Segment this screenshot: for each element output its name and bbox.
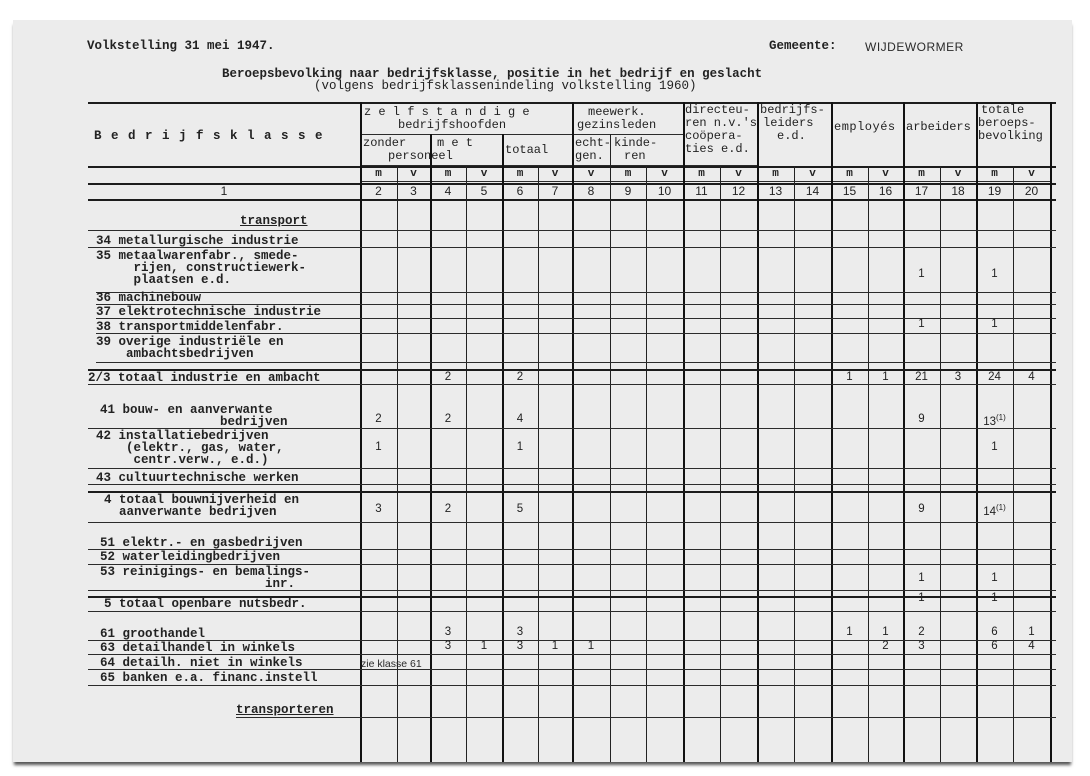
cell-value-col-20: 1 bbox=[1013, 626, 1050, 638]
header-totale-3: bevolking bbox=[978, 130, 1043, 143]
cell-value-col-20: 4 bbox=[1013, 371, 1050, 383]
column-number-14: 14 bbox=[794, 184, 831, 198]
cell-number: 3 bbox=[955, 371, 961, 383]
cell-value-col-8: 1 bbox=[572, 640, 610, 652]
sex-code-col-17: m bbox=[903, 168, 940, 180]
column-number-17: 17 bbox=[903, 184, 940, 198]
sex-code-col-14: v bbox=[794, 168, 831, 180]
table-title-line2: (volgens bedrijfsklassenindeling volkste… bbox=[314, 80, 697, 93]
sex-code-col-3: v bbox=[397, 168, 430, 180]
cell-number: 3 bbox=[517, 626, 523, 638]
cell-value-col-19: 1 bbox=[976, 592, 1013, 604]
row-label: 38 transportmiddelenfabr. bbox=[96, 321, 284, 333]
grid-line bbox=[831, 102, 833, 762]
cell-number: 1 bbox=[991, 572, 997, 584]
cell-value-col-16: 1 bbox=[868, 371, 903, 383]
cell-value-col-4: 2 bbox=[430, 413, 466, 425]
cell-value-col-4: 2 bbox=[430, 371, 466, 383]
cell-number: 1 bbox=[1028, 626, 1034, 638]
row-label: 39 overige industriële en ambachtsbedrij… bbox=[96, 336, 284, 360]
column-number-13: 13 bbox=[757, 184, 794, 198]
cell-number: 6 bbox=[991, 640, 997, 652]
cell-value-col-17: 1 bbox=[903, 268, 940, 280]
cell-number: 1 bbox=[918, 318, 924, 330]
grid-line bbox=[683, 102, 685, 762]
grid-line bbox=[397, 166, 398, 762]
column-number-10: 10 bbox=[646, 184, 683, 198]
cell-value-col-6: 3 bbox=[502, 640, 538, 652]
cell-number: 1 bbox=[882, 626, 888, 638]
cell-number: 13 bbox=[983, 416, 996, 428]
grid-line bbox=[96, 362, 1056, 363]
cell-number: 4 bbox=[1028, 640, 1034, 652]
cell-number: 24 bbox=[988, 371, 1001, 383]
cell-value-col-17: 21 bbox=[903, 371, 940, 383]
grid-line bbox=[88, 685, 1056, 686]
cell-number: 1 bbox=[991, 441, 997, 453]
grid-line bbox=[940, 166, 941, 762]
column-number-3: 3 bbox=[397, 184, 430, 198]
cell-number: 1 bbox=[846, 371, 852, 383]
row-label: 61 groothandel bbox=[100, 628, 205, 640]
municipality-value: WIJDEWORMER bbox=[865, 40, 964, 54]
cell-value-col-6: 1 bbox=[502, 441, 538, 453]
cell-value-col-19: 1 bbox=[976, 268, 1013, 280]
row-label: 53 reinigings- en bemalings- inr. bbox=[100, 566, 310, 590]
cell-number: 1 bbox=[481, 640, 487, 652]
cell-value-col-17: 1 bbox=[903, 572, 940, 584]
cell-value-col-7: 1 bbox=[538, 640, 572, 652]
header-directeuren-4: ties e.d. bbox=[685, 143, 750, 156]
grid-line bbox=[1013, 166, 1014, 762]
cell-number: 21 bbox=[915, 371, 928, 383]
cell-number: 2 bbox=[375, 413, 381, 425]
grid-line bbox=[88, 468, 1056, 469]
header-arbeiders: arbeiders bbox=[906, 121, 971, 134]
cell-number: 9 bbox=[918, 503, 924, 515]
sex-code-col-13: m bbox=[757, 168, 794, 180]
cell-value-col-2: 3 bbox=[360, 503, 397, 515]
sex-code-col-20: v bbox=[1013, 168, 1050, 180]
row-label: 63 detailhandel in winkels bbox=[100, 642, 295, 654]
header-personeel: personeel bbox=[388, 150, 453, 163]
cell-value-col-4: 3 bbox=[430, 626, 466, 638]
grid-line bbox=[720, 166, 721, 762]
sex-code-col-4: m bbox=[430, 168, 466, 180]
cell-number: 2 bbox=[445, 503, 451, 515]
grid-line bbox=[360, 134, 572, 135]
grid-line bbox=[1050, 102, 1052, 762]
cell-value-col-19: 24 bbox=[976, 371, 1013, 383]
sex-code-col-12: v bbox=[720, 168, 757, 180]
cell-number: 14 bbox=[983, 506, 996, 518]
cell-value-col-19: 1 bbox=[976, 318, 1013, 330]
cell-number: 2 bbox=[517, 371, 523, 383]
cell-number: 1 bbox=[918, 268, 924, 280]
cell-number: 1 bbox=[918, 592, 924, 604]
column-number-2: 2 bbox=[360, 184, 397, 198]
grid-line bbox=[88, 611, 1056, 612]
column-number-11: 11 bbox=[683, 184, 720, 198]
cell-value-col-19: 6 bbox=[976, 640, 1013, 652]
row-label: 65 banken e.a. financ.instell bbox=[100, 672, 318, 684]
cell-value-col-17: 1 bbox=[903, 592, 940, 604]
cell-value-col-19: 1 bbox=[976, 572, 1013, 584]
column-number-5: 5 bbox=[466, 184, 502, 198]
sex-code-col-6: m bbox=[502, 168, 538, 180]
row-label: 51 elektr.- en gasbedrijven bbox=[100, 537, 303, 549]
grid-line bbox=[572, 102, 574, 762]
cell-value-col-6: 4 bbox=[502, 413, 538, 425]
cell-value-col-17: 1 bbox=[903, 318, 940, 330]
footnote-marker: (1) bbox=[996, 503, 1006, 512]
cell-value-col-4: 2 bbox=[430, 503, 466, 515]
sex-code-col-19: m bbox=[976, 168, 1013, 180]
cell-number: 3 bbox=[517, 640, 523, 652]
sex-code-col-10: v bbox=[646, 168, 683, 180]
cell-number: 4 bbox=[1028, 371, 1034, 383]
cell-number: 5 bbox=[517, 503, 523, 515]
cell-value-col-17: 3 bbox=[903, 640, 940, 652]
grid-line bbox=[466, 166, 467, 762]
grid-line bbox=[360, 181, 1050, 182]
cell-number: 6 bbox=[991, 626, 997, 638]
sex-code-col-5: v bbox=[466, 168, 502, 180]
census-title: Volkstelling 31 mei 1947. bbox=[87, 40, 275, 53]
column-number-16: 16 bbox=[868, 184, 903, 198]
row-label: 4 totaal bouwnijverheid en aanverwante b… bbox=[104, 494, 299, 518]
cell-value-col-16: 2 bbox=[868, 640, 903, 652]
cell-number: 1 bbox=[375, 441, 381, 453]
row-label: 36 machinebouw bbox=[96, 292, 201, 304]
row-label: 43 cultuurtechnische werken bbox=[96, 472, 299, 484]
cell-value-col-6: 5 bbox=[502, 503, 538, 515]
sex-code-col-16: v bbox=[868, 168, 903, 180]
cell-number: 1 bbox=[918, 572, 924, 584]
grid-line bbox=[903, 102, 905, 762]
row-label: 37 elektrotechnische industrie bbox=[96, 306, 321, 318]
row-label: 2/3 totaal industrie en ambacht bbox=[88, 372, 321, 384]
municipality-label: Gemeente: bbox=[769, 40, 837, 53]
row-label: 52 waterleidingbedrijven bbox=[100, 551, 280, 563]
grid-line bbox=[538, 166, 539, 762]
column-number-19: 19 bbox=[976, 184, 1013, 198]
column-number-12: 12 bbox=[720, 184, 757, 198]
grid-line bbox=[757, 102, 759, 762]
grid-line bbox=[794, 166, 795, 762]
cell-number: 1 bbox=[882, 371, 888, 383]
footnote-marker: (1) bbox=[996, 413, 1006, 422]
cell-value-col-5: 1 bbox=[466, 640, 502, 652]
column-number-15: 15 bbox=[831, 184, 868, 198]
cell-value-col-19: 14(1) bbox=[976, 503, 1013, 518]
cell-number: 1 bbox=[588, 640, 594, 652]
row-label: 64 detailh. niet in winkels bbox=[100, 657, 303, 669]
cell-value-col-15: 1 bbox=[831, 626, 868, 638]
cell-number: 4 bbox=[517, 413, 523, 425]
cell-number: 2 bbox=[918, 626, 924, 638]
grid-line bbox=[976, 102, 978, 762]
header-gezinsleden: gezinsleden bbox=[577, 119, 656, 132]
column-number-18: 18 bbox=[940, 184, 976, 198]
sex-code-col-7: v bbox=[538, 168, 572, 180]
cell-number: 2 bbox=[445, 371, 451, 383]
grid-line bbox=[610, 134, 611, 762]
grid-line bbox=[236, 717, 1056, 718]
sex-code-col-15: m bbox=[831, 168, 868, 180]
cell-value-col-19: 6 bbox=[976, 626, 1013, 638]
cell-value-col-6: 3 bbox=[502, 626, 538, 638]
cell-number: 1 bbox=[846, 626, 852, 638]
row-label: 35 metaalwarenfabr., smede- rijen, const… bbox=[96, 250, 306, 286]
header-echtgen-2: gen. bbox=[575, 150, 604, 163]
column-number-1: 1 bbox=[88, 184, 360, 198]
cell-value-col-2: 1 bbox=[360, 441, 397, 453]
cell-value-col-16: 1 bbox=[868, 626, 903, 638]
cross-reference-note: zie klasse 61 bbox=[361, 658, 422, 670]
row-label: 42 installatiebedrijven (elektr., gas, w… bbox=[96, 430, 284, 466]
row-label: 34 metallurgische industrie bbox=[96, 235, 299, 247]
cell-value-col-17: 9 bbox=[903, 413, 940, 425]
cell-value-col-19: 1 bbox=[976, 441, 1013, 453]
cell-value-col-4: 3 bbox=[430, 640, 466, 652]
grid-line bbox=[868, 166, 869, 762]
sex-code-col-2: m bbox=[360, 168, 397, 180]
column-number-6: 6 bbox=[502, 184, 538, 198]
cell-number: 1 bbox=[517, 441, 523, 453]
row-label: transporteren bbox=[236, 704, 334, 716]
grid-line bbox=[646, 166, 647, 762]
cell-number: 3 bbox=[375, 503, 381, 515]
grid-line bbox=[96, 292, 1056, 293]
sex-code-col-11: m bbox=[683, 168, 720, 180]
row-label-header: B e d r i j f s k l a s s e bbox=[94, 130, 324, 143]
sex-code-col-8: v bbox=[572, 168, 610, 180]
column-number-4: 4 bbox=[430, 184, 466, 198]
grid-line bbox=[572, 134, 683, 135]
cell-value-col-17: 9 bbox=[903, 503, 940, 515]
cell-number: 3 bbox=[445, 626, 451, 638]
column-number-9: 9 bbox=[610, 184, 646, 198]
cell-number: 1 bbox=[991, 268, 997, 280]
cell-value-col-15: 1 bbox=[831, 371, 868, 383]
grid-line bbox=[430, 134, 432, 762]
header-employes: employés bbox=[834, 121, 896, 134]
sex-code-col-18: v bbox=[940, 168, 976, 180]
cell-value-col-6: 2 bbox=[502, 371, 538, 383]
cell-number: 2 bbox=[445, 413, 451, 425]
cell-number: 1 bbox=[991, 318, 997, 330]
cell-number: 2 bbox=[882, 640, 888, 652]
cell-value-col-18: 3 bbox=[940, 371, 976, 383]
cell-value-col-20: 4 bbox=[1013, 640, 1050, 652]
header-bedrijfshoofden: bedrijfshoofden bbox=[398, 119, 506, 132]
column-number-8: 8 bbox=[572, 184, 610, 198]
cell-number: 9 bbox=[918, 413, 924, 425]
header-totaal: totaal bbox=[505, 144, 548, 157]
column-number-7: 7 bbox=[538, 184, 572, 198]
cell-value-col-17: 2 bbox=[903, 626, 940, 638]
row-label: 5 totaal openbare nutsbedr. bbox=[104, 598, 307, 610]
column-number-20: 20 bbox=[1013, 184, 1050, 198]
header-kinderen-2: ren bbox=[624, 150, 646, 163]
row-label: 41 bouw- en aanverwante bedrijven bbox=[100, 404, 288, 428]
sex-code-col-9: m bbox=[610, 168, 646, 180]
row-label: transport bbox=[240, 215, 308, 227]
cell-value-col-2: 2 bbox=[360, 413, 397, 425]
grid-line bbox=[88, 522, 1056, 523]
cell-number: 1 bbox=[552, 640, 558, 652]
cell-value-col-19: 13(1) bbox=[976, 413, 1013, 428]
header-bedrijfsleiders-3: e.d. bbox=[777, 130, 806, 143]
cell-number: 3 bbox=[918, 640, 924, 652]
grid-line bbox=[88, 230, 1056, 231]
cell-number: 1 bbox=[991, 592, 997, 604]
cell-number: 3 bbox=[445, 640, 451, 652]
